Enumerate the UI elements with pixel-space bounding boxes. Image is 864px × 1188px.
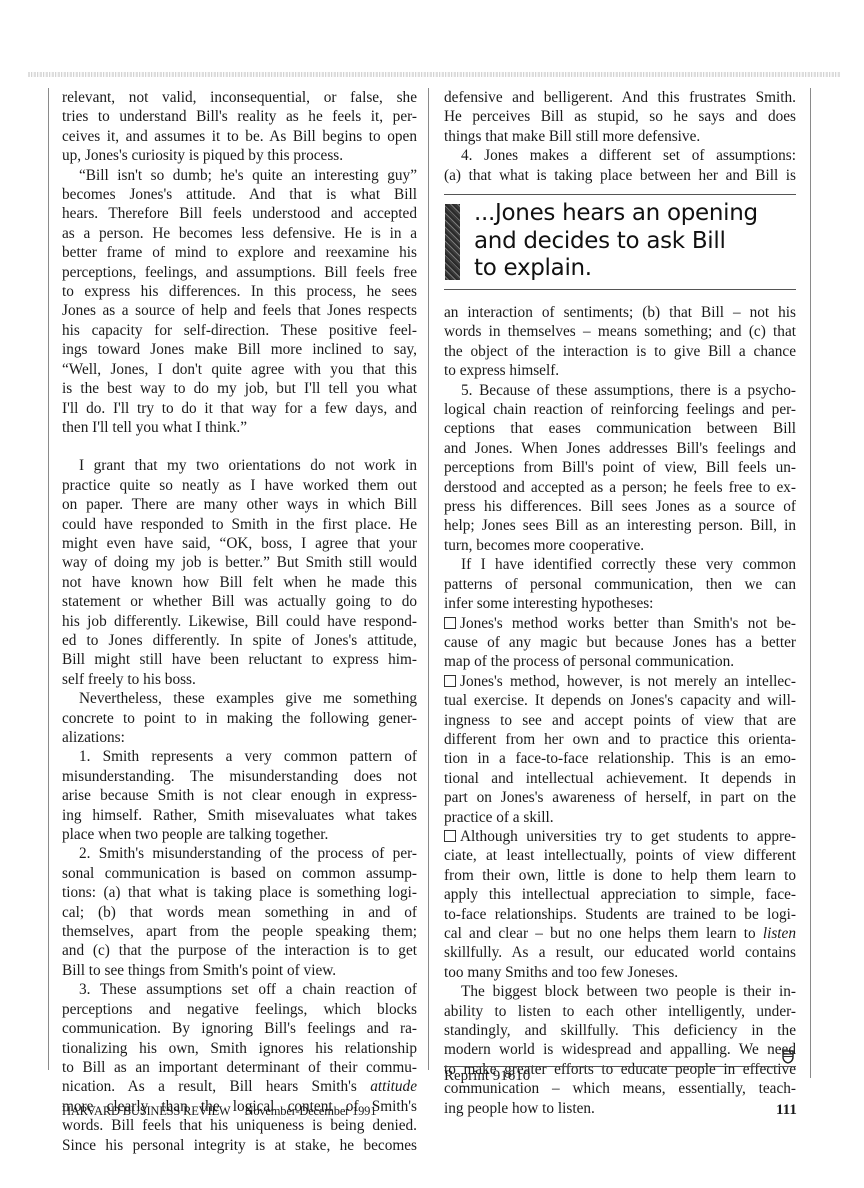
- text-line: to-face relationships. Students are trai…: [444, 905, 796, 924]
- bullet-box-icon: [444, 675, 456, 687]
- text-line: ability to listen to each other intellig…: [444, 1002, 796, 1021]
- text-line: ings toward Jones make Bill more incline…: [62, 340, 417, 359]
- hbr-shield-icon: [782, 1050, 794, 1064]
- pull-quote-top-rule: [444, 194, 796, 195]
- text-line: cause of any magic but because Jones has…: [444, 633, 796, 652]
- text-line: alizations:: [62, 728, 417, 747]
- text-line: the object of the interaction is to give…: [444, 342, 796, 361]
- text-line: map of the process of personal communica…: [444, 652, 796, 671]
- text-line: I grant that my two orientations do not …: [62, 456, 417, 475]
- text-line: ciate, at least intellectually, points o…: [444, 846, 796, 865]
- paragraph-gap: [62, 437, 417, 456]
- text-line: 5. Because of these assumptions, there i…: [444, 381, 796, 400]
- right-column-top: defensive and belligerent. And this frus…: [444, 88, 796, 185]
- text-line: ing himself. Rather, Smith misevaluates …: [62, 806, 417, 825]
- text-line: up, Jones's curiosity is piqued by this …: [62, 146, 417, 165]
- text-line: his job differently. Likewise, Bill coul…: [62, 612, 417, 631]
- text-line: cal; (b) that words mean something in an…: [62, 903, 417, 922]
- text-line: misunderstanding. The misunderstanding d…: [62, 767, 417, 786]
- text-line: on paper. There are many other ways in w…: [62, 495, 417, 514]
- text-line: turn, becomes more cooperative.: [444, 536, 796, 555]
- text-line: 2. Smith's misunderstanding of the proce…: [62, 844, 417, 863]
- text-line: better frame of mind to explore and reex…: [62, 243, 417, 262]
- text-fragment: nication. As a result, Bill hears Smith'…: [62, 1078, 370, 1095]
- text-line: Nevertheless, these examples give me som…: [62, 689, 417, 708]
- text-line: relevant, not valid, inconsequential, or…: [62, 88, 417, 107]
- pull-quote-line: and decides to ask Bill: [474, 228, 758, 256]
- pull-quote-bottom-rule: [444, 289, 796, 290]
- text-line: logical chain reaction of reinforcing fe…: [444, 400, 796, 419]
- text-line: practice of a skill.: [444, 808, 796, 827]
- text-line: ing people how to listen.: [444, 1099, 796, 1118]
- text-line: perceptions, feelings, and assumptions. …: [62, 263, 417, 282]
- text-line: tries to understand Bill's reality as he…: [62, 107, 417, 126]
- text-line: to Bill as an important determinant of t…: [62, 1058, 417, 1077]
- text-line: 1. Smith represents a very common patter…: [62, 747, 417, 766]
- right-margin-rule: [810, 88, 811, 1078]
- pull-quote-bar-icon: [445, 204, 460, 280]
- text-line: I'll do. I'll try to do it that way for …: [62, 399, 417, 418]
- text-line: then I'll tell you what I think.”: [62, 418, 417, 437]
- reprint-number: Reprint 91610: [444, 1068, 530, 1085]
- text-line: Jones's method works better than Smith's…: [444, 614, 796, 633]
- text-line: ceptions that eases communication betwee…: [444, 419, 796, 438]
- text-line: his capacity for self-direction. These p…: [62, 321, 417, 340]
- text-line: 3. These assumptions set off a chain rea…: [62, 980, 417, 999]
- text-line: Although universities try to get student…: [444, 827, 796, 846]
- italic-word: listen: [763, 925, 796, 942]
- text-line: Jones as a source of help and feels that…: [62, 301, 417, 320]
- text-line: words. Bill feels that his uniqueness is…: [62, 1116, 417, 1135]
- text-line: Jones's method, however, is not merely a…: [444, 672, 796, 691]
- text-line: becomes Jones's attitude. And that is wh…: [62, 185, 417, 204]
- pull-quote: ...Jones hears an opening and decides to…: [444, 194, 796, 290]
- page-number: 111: [776, 1102, 797, 1119]
- text-line: cal and clear – but no one helps them le…: [444, 924, 796, 943]
- text-fragment: Although universities try to get student…: [460, 828, 796, 845]
- italic-word: attitude: [370, 1078, 417, 1095]
- text-line: ingness to see and accept points of view…: [444, 711, 796, 730]
- text-line: tions: (a) that what is taking place is …: [62, 883, 417, 902]
- left-margin-rule: [48, 88, 49, 1070]
- text-line: tional and intellectual achievement. It …: [444, 769, 796, 788]
- right-column-body: an interaction of sentiments; (b) that B…: [444, 303, 796, 1118]
- text-line: 4. Jones makes a different set of assump…: [444, 146, 796, 165]
- text-line: ceives it, and assumes it to be. As Bill…: [62, 127, 417, 146]
- text-line: is the best way to do my job, but I'll t…: [62, 379, 417, 398]
- text-line: defensive and belligerent. And this frus…: [444, 88, 796, 107]
- article-end-rule: [444, 1066, 796, 1067]
- text-line: to express his differences. In this proc…: [62, 282, 417, 301]
- bullet-box-icon: [444, 830, 456, 842]
- text-line: communication. By ignoring Bill's feelin…: [62, 1019, 417, 1038]
- text-line: sonal communication is based on common a…: [62, 864, 417, 883]
- text-line: help; Jones sees Bill as an interesting …: [444, 516, 796, 535]
- text-line: skillfully. As a result, our educated wo…: [444, 943, 796, 962]
- pull-quote-line: to explain.: [474, 255, 758, 283]
- text-line: and (c) that the purpose of the interact…: [62, 941, 417, 960]
- text-line: infer some interesting hypotheses:: [444, 594, 796, 613]
- text-line: “Well, Jones, I don't quite agree with y…: [62, 360, 417, 379]
- text-line: might even have said, “OK, boss, I agree…: [62, 534, 417, 553]
- text-line: “Bill isn't so dumb; he's quite an inter…: [62, 166, 417, 185]
- text-line: from their own, little is done to help t…: [444, 866, 796, 885]
- text-line: too many Smiths and too few Joneses.: [444, 963, 796, 982]
- text-line: Since his personal integrity is at stake…: [62, 1136, 417, 1155]
- text-line: way of doing my job is better.” But Smit…: [62, 553, 417, 572]
- text-line: apply this intellectual appreciation to …: [444, 885, 796, 904]
- text-line: perceptions from Bill's point of view, B…: [444, 458, 796, 477]
- text-line: an interaction of sentiments; (b) that B…: [444, 303, 796, 322]
- text-line: press his differences. Bill sees Jones a…: [444, 497, 796, 516]
- journal-name: HARVARD BUSINESS REVIEW: [62, 1104, 231, 1118]
- text-line: tual exercise. It depends on Jones's cap…: [444, 691, 796, 710]
- text-line: The biggest block between two people is …: [444, 982, 796, 1001]
- text-line: derstood and accepted as a person; he fe…: [444, 478, 796, 497]
- text-line: concrete to point to in making the follo…: [62, 709, 417, 728]
- text-line: part on Jones's awareness of herself, in…: [444, 788, 796, 807]
- text-line: self freely to his boss.: [62, 670, 417, 689]
- text-line: words in themselves – means something; a…: [444, 322, 796, 341]
- bullet-box-icon: [444, 617, 456, 629]
- text-line: not have known how Bill felt when he mad…: [62, 573, 417, 592]
- text-line: themselves, apart from the people speaki…: [62, 922, 417, 941]
- text-line: nication. As a result, Bill hears Smith'…: [62, 1077, 417, 1096]
- text-line: modern world is widespread and appalling…: [444, 1040, 796, 1059]
- text-line: ed to Jones differently. In spite of Jon…: [62, 631, 417, 650]
- text-line: He perceives Bill as stupid, so he says …: [444, 107, 796, 126]
- text-line: Bill to see things from Smith's point of…: [62, 961, 417, 980]
- text-line: as a person. He becomes less defensive. …: [62, 224, 417, 243]
- pull-quote-line: ...Jones hears an opening: [474, 200, 758, 228]
- text-line: could have responded to Smith in the fir…: [62, 515, 417, 534]
- text-line: to express himself.: [444, 361, 796, 380]
- text-line: Bill might still have been reluctant to …: [62, 650, 417, 669]
- text-line: statement or whether Bill was actually g…: [62, 592, 417, 611]
- text-line: place when two people are talking togeth…: [62, 825, 417, 844]
- text-line: (a) that what is taking place between he…: [444, 166, 796, 185]
- text-line: hears. Therefore Bill feels understood a…: [62, 204, 417, 223]
- issue-date: November-December 1991: [245, 1104, 377, 1118]
- text-line: perceptions and negative feelings, which…: [62, 1000, 417, 1019]
- text-line: and Jones. When Jones addresses Bill's f…: [444, 439, 796, 458]
- scan-artifact-top: [28, 72, 840, 77]
- text-line: tion in a face-to-face relationship. Thi…: [444, 749, 796, 768]
- footer-journal-info: HARVARD BUSINESS REVIEWNovember-December…: [62, 1104, 376, 1119]
- text-fragment: Jones's method, however, is not merely a…: [460, 673, 796, 690]
- text-line: practice quite so neatly as I have worke…: [62, 476, 417, 495]
- text-fragment: cal and clear – but no one helps them le…: [444, 925, 763, 942]
- text-line: tionalizing his own, Smith ignores his r…: [62, 1039, 417, 1058]
- left-column: relevant, not valid, inconsequential, or…: [62, 88, 417, 1155]
- text-fragment: Jones's method works better than Smith's…: [460, 615, 796, 632]
- text-line: different from her own and to practice t…: [444, 730, 796, 749]
- center-column-rule: [428, 88, 429, 1070]
- text-line: things that make Bill still more defensi…: [444, 127, 796, 146]
- pull-quote-text: ...Jones hears an opening and decides to…: [474, 200, 758, 283]
- text-line: standingly, and skillfully. This deficie…: [444, 1021, 796, 1040]
- text-line: If I have identified correctly these ver…: [444, 555, 796, 574]
- text-line: arise because Smith is not clear enough …: [62, 786, 417, 805]
- text-line: patterns of personal communication, then…: [444, 575, 796, 594]
